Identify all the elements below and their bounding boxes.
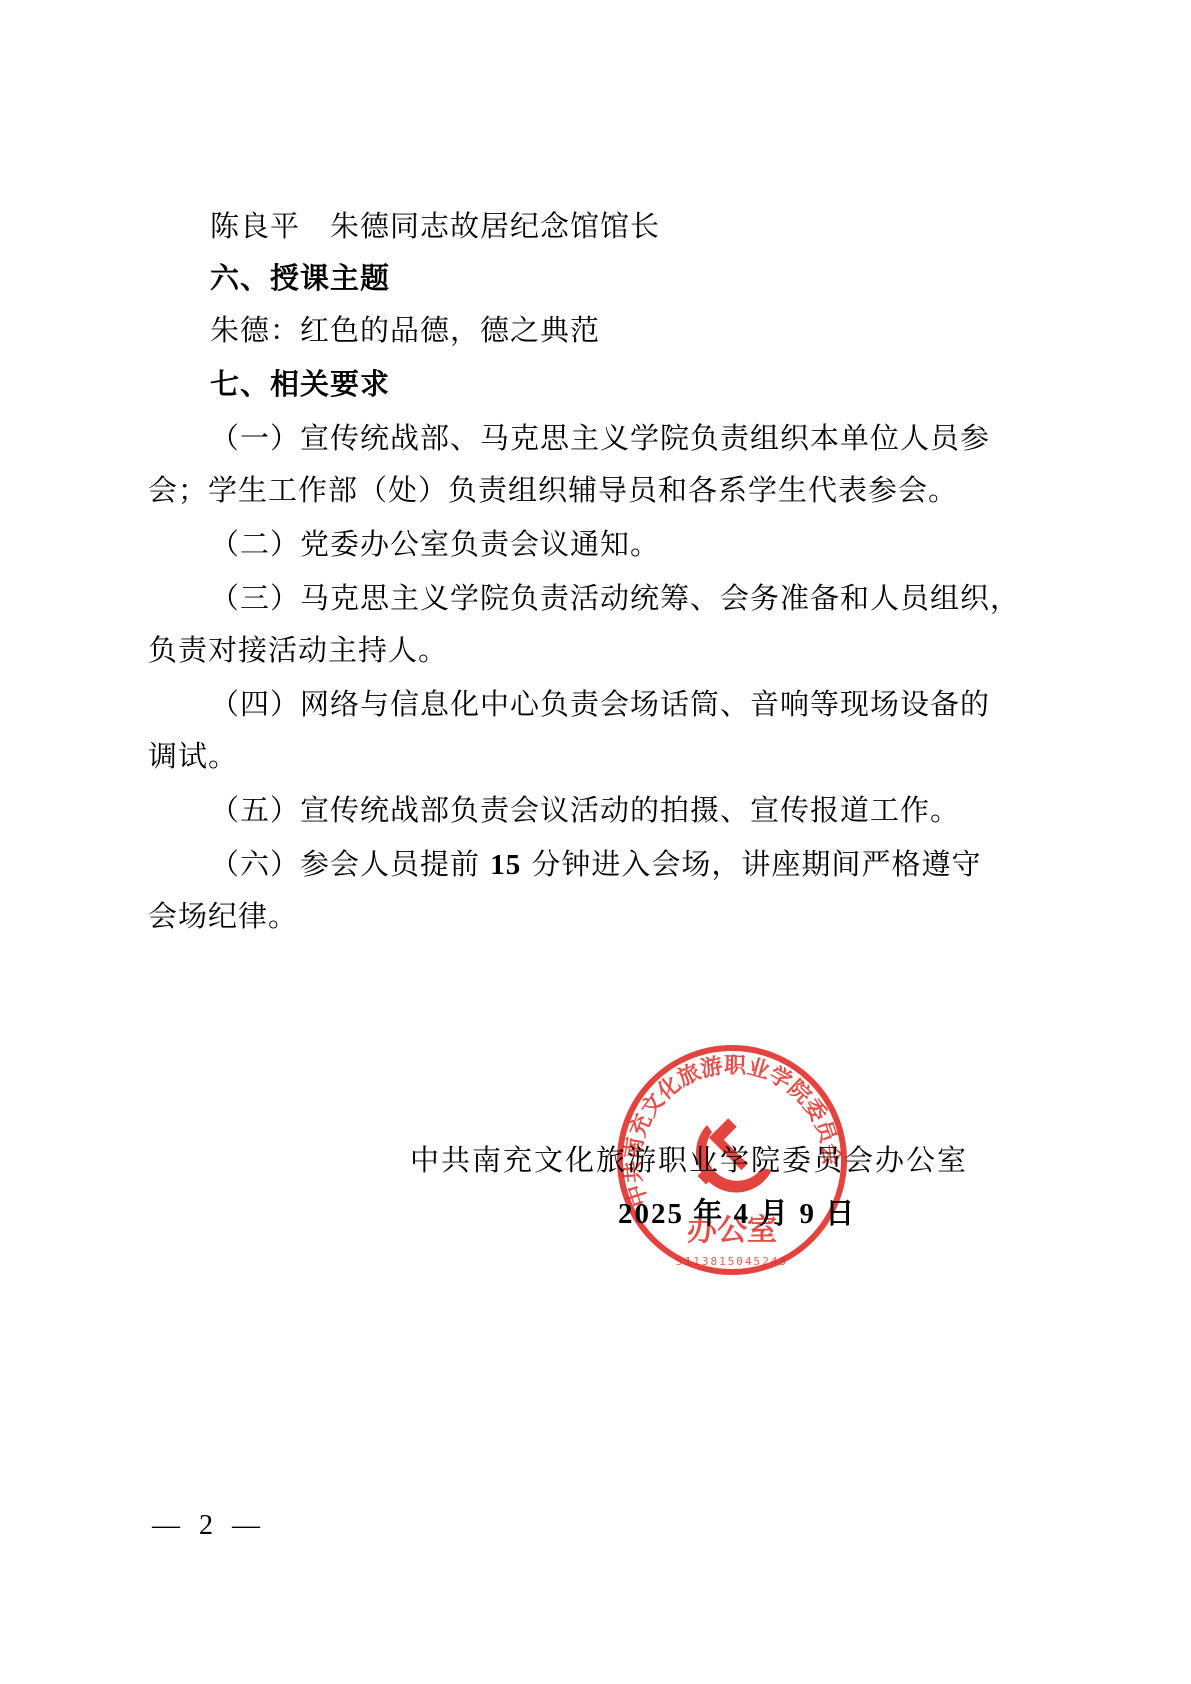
requirement-6-line-1: （六）参会人员提前 15 分钟进入会场，讲座期间严格遵守: [210, 844, 981, 885]
section-heading-topic: 六、授课主题: [210, 258, 390, 298]
seal-code: 5113815045243: [676, 1255, 788, 1268]
requirement-6-prefix: （六）参会人员提前: [210, 847, 490, 881]
requirement-3-line-2: 负责对接活动主持人。: [148, 630, 448, 670]
requirement-6-suffix: 分钟进入会场，讲座期间严格遵守: [521, 847, 981, 881]
issuing-organization: 中共南充文化旅游职业学院委员会办公室: [410, 1140, 968, 1180]
topic-content: 朱德：红色的品德，德之典范: [210, 310, 600, 350]
speaker-line: 陈良平 朱德同志故居纪念馆馆长: [210, 206, 660, 246]
requirement-1-line-1: （一）宣传统战部、马克思主义学院负责组织本单位人员参: [210, 418, 990, 458]
section-heading-requirements: 七、相关要求: [210, 364, 390, 404]
requirement-4-line-1: （四）网络与信息化中心负责会场话筒、音响等现场设备的: [210, 684, 990, 724]
requirement-6-line-2: 会场纪律。: [148, 896, 298, 936]
requirement-2: （二）党委办公室负责会议通知。: [210, 524, 660, 564]
requirement-6-minutes: 15: [490, 849, 521, 881]
requirement-5: （五）宣传统战部负责会议活动的拍摄、宣传报道工作。: [210, 790, 960, 830]
requirement-3-line-1: （三）马克思主义学院负责活动统筹、会务准备和人员组织，: [210, 578, 1020, 618]
page-number: — 2 —: [152, 1510, 266, 1542]
issue-date: 2025 年 4 月 9 日: [618, 1194, 856, 1234]
requirement-1-line-2: 会；学生工作部（处）负责组织辅导员和各系学生代表参会。: [148, 470, 958, 510]
requirement-4-line-2: 调试。: [148, 736, 238, 776]
